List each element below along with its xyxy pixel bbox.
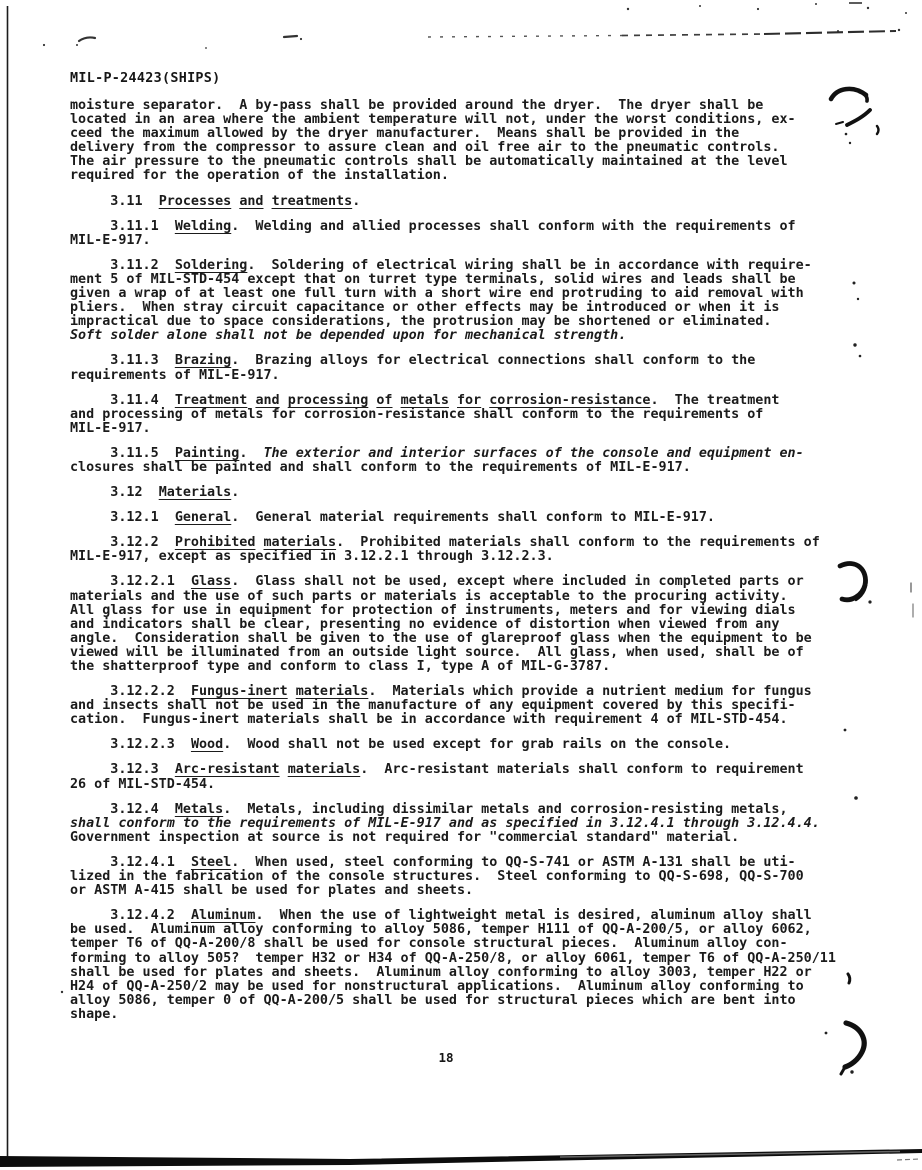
para-3-12-4-2-aluminum: 3.12.4.2 Aluminum. When the use of light… (70, 909, 878, 1022)
para-3-12-1-general: 3.12.1 General. General material require… (70, 511, 878, 525)
para-3-12-2-prohibited-materials: 3.12.2 Prohibited materials. Prohibited … (70, 536, 878, 564)
para-3-12-4-metals: 3.12.4 Metals. Metals, including dissimi… (70, 803, 878, 845)
document-id-header: MIL-P-24423(SHIPS) (70, 72, 878, 86)
para-3-12-2-2-fungus-inert-materials: 3.12.2.2 Fungus-inert materials. Materia… (70, 685, 878, 727)
para-3-11-4-corrosion-resistance: 3.11.4 Treatment and processing of metal… (70, 394, 878, 436)
heading-3-12-materials: 3.12 Materials. (70, 486, 878, 500)
para-3-12-3-arc-resistant-materials: 3.12.3 Arc-resistant materials. Arc-resi… (70, 763, 878, 791)
para-3-12-2-3-wood: 3.12.2.3 Wood. Wood shall not be used ex… (70, 738, 878, 752)
para-3-12-2-1-glass: 3.12.2.1 Glass. Glass shall not be used,… (70, 575, 878, 674)
para-3-11-3-brazing: 3.11.3 Brazing. Brazing alloys for elect… (70, 354, 878, 382)
heading-3-11-processes-and-treatments: 3.11 Processes and treatments. (70, 195, 878, 209)
document-page: MIL-P-24423(SHIPS) moisture separator. A… (0, 0, 922, 1170)
para-3-11-1-welding: 3.11.1 Welding. Welding and allied proce… (70, 220, 878, 248)
para-3-11-5-painting: 3.11.5 Painting. The exterior and interi… (70, 447, 878, 475)
page-text: moisture separator. A by-pass shall be p… (70, 99, 878, 1022)
para-3-11-2-soldering: 3.11.2 Soldering. Soldering of electrica… (70, 259, 878, 344)
page-number: 18 (0, 1050, 892, 1065)
para-3-12-4-1-steel: 3.12.4.1 Steel. When used, steel conform… (70, 856, 878, 898)
page-content: MIL-P-24423(SHIPS) moisture separator. A… (70, 72, 878, 1033)
bottom-edge-band-icon (0, 1149, 922, 1167)
top-dotted-line-icon (428, 31, 896, 37)
para-dryer-continuation: moisture separator. A by-pass shall be p… (70, 99, 878, 184)
